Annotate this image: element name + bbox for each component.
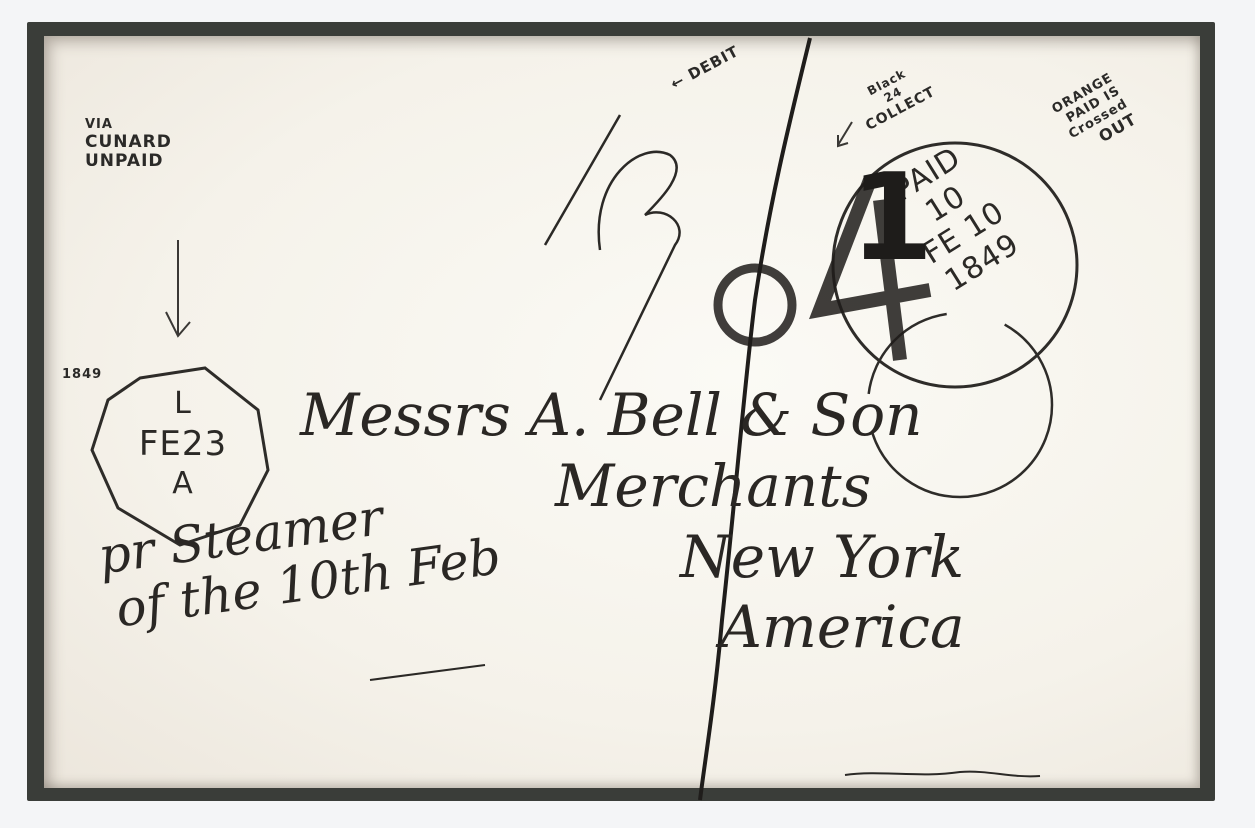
address-name: Messrs A. Bell & Son xyxy=(300,380,965,451)
arrow-icon xyxy=(838,122,852,146)
octagonal-postmark: L FE23 A xyxy=(108,385,258,503)
postmark-bottom: A xyxy=(108,465,258,503)
arrow-down-icon xyxy=(166,240,190,336)
crossing-one: 1 xyxy=(850,150,935,288)
address-occupation: Merchants xyxy=(300,451,965,522)
address-country: America xyxy=(300,592,965,663)
address-city: New York xyxy=(300,522,965,593)
address-block: Messrs A. Bell & Son Merchants New York … xyxy=(300,380,965,663)
postmark-top: L xyxy=(108,385,258,423)
america-underline xyxy=(845,772,1040,777)
underline xyxy=(370,665,485,680)
debit-g-stroke xyxy=(599,152,680,400)
postmark-date: FE23 xyxy=(108,423,258,466)
debit-slash xyxy=(545,115,620,245)
